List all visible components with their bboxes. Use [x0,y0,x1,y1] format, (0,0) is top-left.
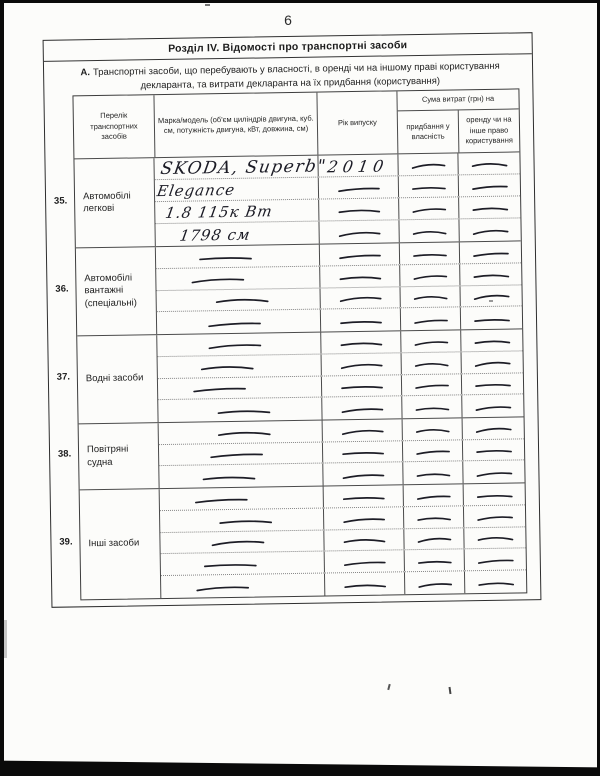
handwritten-dash [338,318,382,328]
own-cell [402,440,462,462]
year-cell [321,397,401,420]
model-cell [160,487,323,510]
handwritten-entry: 1.8 115к Вт [164,202,274,223]
handwritten-dash [343,582,387,592]
year-cell [319,265,399,287]
own-cell [402,418,462,440]
handwritten-dash [475,447,513,457]
rent-cell [459,285,521,307]
year-cell [321,353,401,375]
rent-cell [458,174,520,196]
handwritten-dash [210,539,265,549]
category-row: Водні засоби [77,328,523,423]
handwritten-dash [341,449,385,459]
year-cell [322,441,402,463]
own-cell [398,219,458,242]
year-cell [322,463,402,486]
scan-edge-left [0,0,4,776]
model-cell [158,398,321,422]
model-cell [157,310,320,334]
handwritten-dash [412,272,448,282]
scan-edge-top [0,0,600,3]
handwritten-dash [412,317,448,327]
handwritten-dash [218,517,273,527]
year-cell [320,331,400,353]
own-cell [399,242,459,264]
model-cell [157,288,320,311]
row-number: 37. [53,371,74,382]
handwritten-dash [474,404,512,414]
handwritten-dash [203,561,258,571]
own-cell [403,506,463,528]
category-row: Повітряні судна [79,416,525,489]
year-cell [324,572,404,595]
section-a-label: А. [80,67,90,78]
own-cell [398,175,458,197]
vehicles-table: Перелік транспортних засобів Марка/модел… [72,88,527,600]
scan-speck [489,300,493,302]
model-cell: 1798 см [155,222,318,247]
handwritten-dash [337,251,381,261]
rent-cell [460,307,522,330]
header-cost-group: Сума витрат (грн) на [397,89,518,111]
year-cell [323,529,403,551]
own-cell [398,197,458,219]
rent-cell [461,351,523,373]
handwritten-dash [414,405,450,415]
own-cell [403,528,463,550]
handwritten-dash [473,359,511,369]
handwritten-dash [410,162,446,172]
rent-cell [461,395,523,418]
handwritten-dash [411,229,447,239]
handwritten-dash [470,161,508,171]
year-cell: 2010 [317,154,397,176]
year-cell [318,220,398,243]
handwritten-dash [476,535,514,545]
model-cell [159,464,322,488]
row-number: 39. [55,536,76,547]
handwritten-dash [217,429,272,439]
handwritten-dash [342,559,386,569]
handwritten-dash [339,339,383,349]
model-cell [157,333,320,356]
own-cell [400,330,460,352]
row-number: 36. [51,283,72,294]
scan-speck [387,684,390,690]
header-rent: оренду чи на інше право користування [458,109,520,152]
year-cell [319,243,399,265]
section-a-text: Транспортні засоби, що перебувають у вла… [93,61,500,91]
handwritten-dash [473,381,511,391]
own-cell [397,153,457,175]
model-cell [156,266,319,289]
handwritten-dash [342,515,386,525]
category-label: Повітряні судна [79,423,160,489]
category-label: Автомобілі легкові [74,158,155,247]
rent-cell [461,373,523,395]
model-cell: Elegance [155,178,318,202]
rent-cell [462,461,524,484]
header-cost-sub: придбання у власність оренду чи на інше … [398,109,520,153]
rent-cell [460,329,522,351]
handwritten-dash [411,206,447,216]
handwritten-dash [476,557,514,567]
handwritten-dash [190,275,245,285]
handwritten-dash [412,294,448,304]
handwritten-dash [477,580,515,590]
table-header-row: Перелік транспортних засобів Марка/модел… [73,89,519,159]
scan-edge-bottom [0,761,600,776]
handwritten-dash [410,184,446,194]
rent-cell [458,218,520,241]
handwritten-dash [341,472,385,482]
model-cell [158,376,321,399]
scan-speck [449,687,452,694]
scanned-page: 6 Розділ IV. Відомості про транспортні з… [0,0,600,776]
handwritten-dash [339,361,383,371]
page-number: 6 [270,12,306,28]
rent-cell [464,549,526,571]
rent-cell [462,439,524,461]
year-cell [323,485,403,507]
handwritten-entry: 2010 [326,156,390,176]
handwritten-dash [195,584,250,594]
own-cell [401,374,461,396]
handwritten-dash [411,250,447,260]
category-row: Автомобілі вантажні (спеціальні) [76,240,522,335]
handwritten-dash [209,451,264,461]
handwritten-dash [215,297,270,307]
model-cell [161,574,324,598]
table-subrow [161,571,526,599]
row-number: 35. [50,195,71,206]
own-cell [403,484,463,506]
rent-cell [463,483,525,505]
handwritten-dash [338,295,382,305]
model-cell [159,421,322,444]
handwritten-dash [198,253,253,263]
category-label: Інші засоби [80,489,162,599]
handwritten-dash [417,580,453,590]
handwritten-dash [471,249,509,259]
handwritten-dash [476,513,514,523]
handwritten-dash [475,470,513,480]
table-body: Автомобілі легковіSKODA, Superb"2010Eleg… [74,152,526,599]
handwritten-dash [207,341,262,351]
category-label: Автомобілі вантажні (спеціальні) [76,247,157,335]
own-cell [402,462,462,485]
model-cell [160,530,323,553]
rent-cell [457,152,519,174]
handwritten-dash [415,448,451,458]
year-cell [324,551,404,573]
own-cell [400,308,460,331]
handwritten-dash [475,491,513,501]
model-cell: SKODA, Superb" [154,156,317,180]
handwritten-dash [413,382,449,392]
header-make-model: Марка/модель (об'єм циліндрів двигуна, к… [153,93,317,158]
handwritten-dash [201,474,256,484]
header-vehicle-list: Перелік транспортних засобів [73,95,154,158]
handwritten-dash [192,385,247,395]
year-cell [321,375,401,397]
handwritten-dash [207,319,262,329]
year-cell [320,309,400,332]
model-cell [156,245,319,268]
category-label: Водні засоби [77,335,158,423]
row-number: 38. [54,448,75,459]
model-cell [158,354,321,377]
form-box: Розділ IV. Відомості про транспортні зас… [43,32,542,608]
own-cell [404,572,464,595]
handwritten-dash [413,338,449,348]
own-cell [404,550,464,572]
handwritten-dash [473,337,511,347]
handwritten-dash [341,493,385,503]
rent-cell [463,527,525,549]
handwritten-dash [342,537,386,547]
handwritten-entry: Elegance [155,181,236,201]
rent-cell [463,505,525,527]
year-cell [318,198,398,220]
year-cell [320,287,400,309]
own-cell [401,396,461,419]
handwritten-entry: 1798 см [178,226,252,246]
year-cell [318,176,398,198]
handwritten-dash [413,360,449,370]
handwritten-dash [340,406,384,416]
handwritten-dash [194,495,249,505]
handwritten-dash [414,426,450,436]
year-cell [323,507,403,529]
handwritten-dash [200,363,255,373]
model-cell: 1.8 115к Вт [155,200,318,224]
own-cell [399,264,459,286]
handwritten-dash [336,185,380,195]
model-cell [160,508,323,531]
handwritten-dash [338,273,382,283]
year-cell [322,419,402,441]
handwritten-dash [474,425,512,435]
header-year: Рік випуску [316,91,397,154]
rent-cell [462,417,524,439]
handwritten-dash [340,427,384,437]
rent-cell [459,241,521,263]
category-row: Автомобілі легковіSKODA, Superb"2010Eleg… [74,152,520,247]
handwritten-dash [471,228,509,238]
handwritten-dash [471,205,509,215]
handwritten-dash [415,492,451,502]
model-cell [159,442,322,465]
own-cell [399,286,459,308]
header-purchase: придбання у власність [398,110,459,153]
handwritten-dash [470,183,508,193]
rent-cell [459,263,521,285]
handwritten-dash [337,230,381,240]
handwritten-dash [415,471,451,481]
rent-cell [458,196,520,218]
own-cell [401,352,461,374]
handwritten-dash [472,316,510,326]
handwritten-entry: SKODA, Superb" [159,157,328,179]
category-row: Інші засоби [80,482,527,599]
handwritten-dash [340,383,384,393]
handwritten-dash [216,407,271,417]
rent-cell [464,571,526,594]
scan-smudge [4,620,7,658]
scan-speck [205,4,210,6]
handwritten-dash [416,558,452,568]
handwritten-dash [416,536,452,546]
header-cost-columns: Сума витрат (грн) на придбання у власніс… [396,89,519,153]
handwritten-dash [416,514,452,524]
handwritten-dash [337,207,381,217]
handwritten-dash [472,271,510,281]
model-cell [161,552,324,575]
